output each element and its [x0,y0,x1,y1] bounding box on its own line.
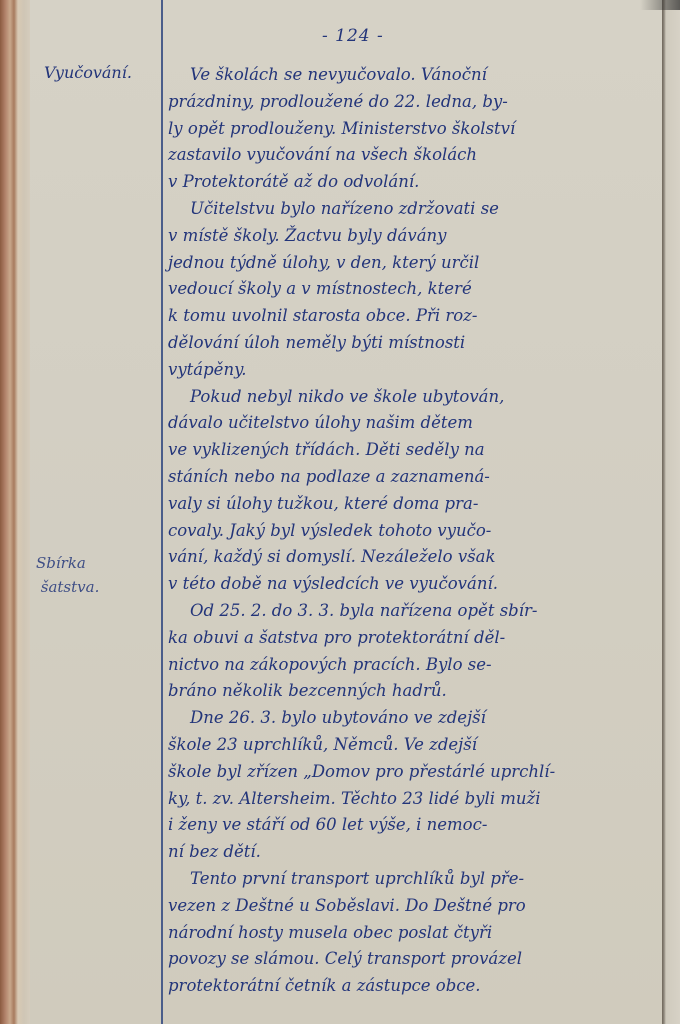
text-line: v této době na výsledcích ve vyučování. [168,571,658,598]
text-line: valy si úlohy tužkou, které doma pra- [168,491,658,518]
text-line: dělování úloh neměly býti místnosti [168,330,658,357]
text-line: škole 23 uprchlíků, Němců. Ve zdejší [168,732,658,759]
text-line: škole byl zřízen „Domov pro přestárlé up… [168,759,658,786]
margin-rule-line [161,0,163,1024]
margin-note-vyucovani: Vyučování. [44,62,132,84]
text-line: Od 25. 2. do 3. 3. byla nařízena opět sb… [168,598,658,625]
text-line: národní hosty musela obec poslat čtyři [168,920,658,947]
text-line: vání, každý si domyslí. Nezáleželo však [168,544,658,571]
text-line: stáních nebo na podlaze a zaznamená- [168,464,658,491]
text-line: bráno několik bezcenných hadrů. [168,678,658,705]
text-line: zastavilo vyučování na všech školách [168,142,658,169]
chronicle-spread: - 124 - Vyučování. Sbírka šatstva. Ve šk… [0,0,680,1024]
text-line: nictvo na zákopových pracích. Bylo se- [168,652,658,679]
text-line: dávalo učitelstvo úlohy našim dětem [168,410,658,437]
text-line: Dne 26. 3. bylo ubytováno ve zdejší [168,705,658,732]
text-line: protektorátní četník a zástupce obce. [168,973,658,1000]
text-line: k tomu uvolnil starosta obce. Při roz- [168,303,658,330]
text-line: Pokud nebyl nikdo ve škole ubytován, [168,384,658,411]
text-line: ní bez dětí. [168,839,658,866]
text-line: ly opět prodlouženy. Ministerstvo školst… [168,116,658,143]
book-binding [0,0,30,1024]
text-line: vedoucí školy a v místnostech, které [168,276,658,303]
text-line: prázdniny, prodloužené do 22. ledna, by- [168,89,658,116]
text-line: v Protektorátě až do odvolání. [168,169,658,196]
text-line: Ve školách se nevyučovalo. Vánoční [168,62,658,89]
text-line: ve vyklizených třídách. Děti seděly na [168,437,658,464]
handwritten-body: Ve školách se nevyučovalo. Vánočníprázdn… [168,62,658,1000]
text-line: vytápěny. [168,357,658,384]
text-line: ky, t. zv. Altersheim. Těchto 23 lidé by… [168,786,658,813]
text-line: vezen z Deštné u Soběslavi. Do Deštné pr… [168,893,658,920]
text-line: povozy se slámou. Celý transport prováze… [168,946,658,973]
text-line: covaly. Jaký byl výsledek tohoto vyučo- [168,518,658,545]
text-line: Tento první transport uprchlíků byl pře- [168,866,658,893]
page-edge-right [662,0,680,1024]
text-line: i ženy ve stáří od 60 let výše, i nemoc- [168,812,658,839]
margin-note-sbirka-satstva: Sbírka šatstva. [36,551,99,599]
text-line: Učitelstvu bylo nařízeno zdržovati se [168,196,658,223]
corner-shadow [640,0,680,10]
text-line: jednou týdně úlohy, v den, který určil [168,250,658,277]
text-line: v místě školy. Žactvu byly dávány [168,223,658,250]
page-number: - 124 - [322,26,384,46]
text-line: ka obuvi a šatstva pro protektorátní děl… [168,625,658,652]
